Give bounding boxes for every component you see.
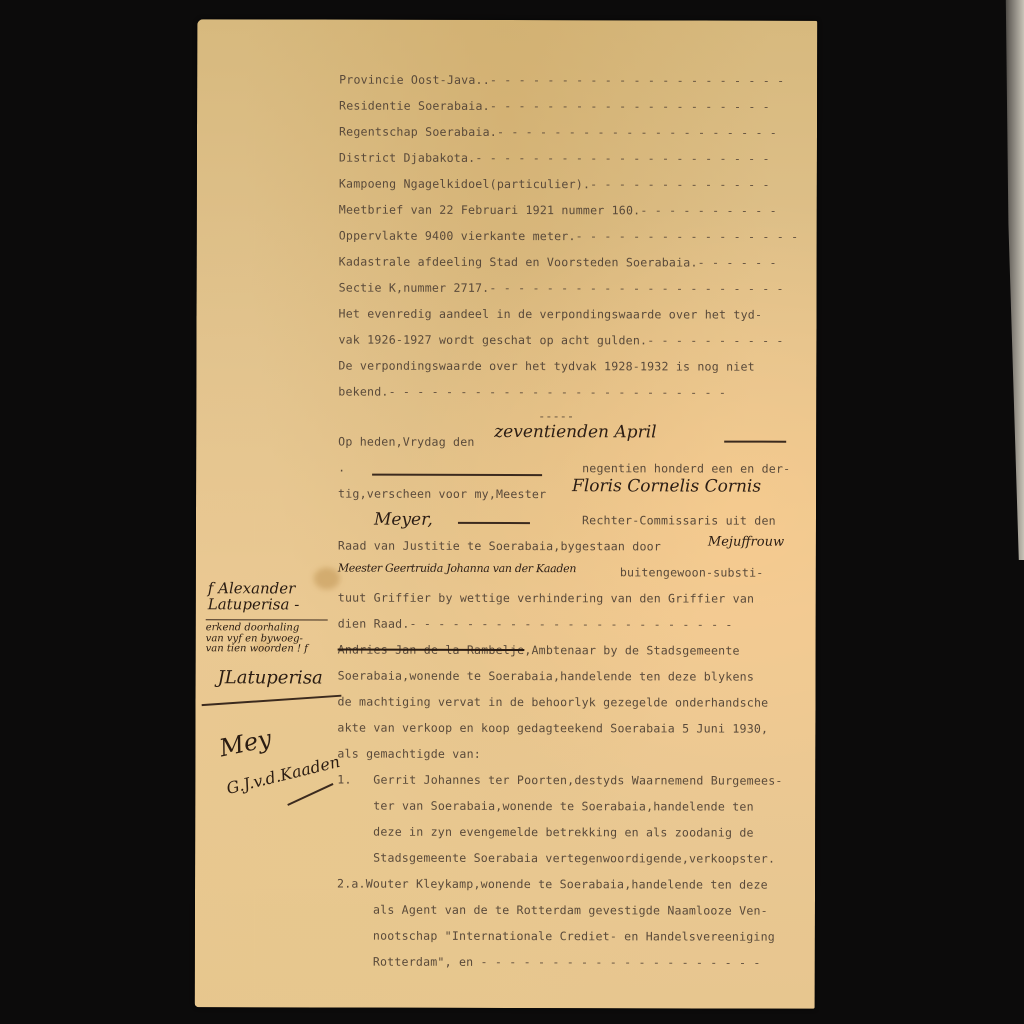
body-line: negentien honderd een en der- bbox=[582, 460, 790, 477]
margin-rule bbox=[206, 619, 328, 620]
signature: Mey bbox=[217, 726, 273, 761]
body-line: tig,verscheen voor my,Meester bbox=[338, 486, 546, 503]
fill-rule bbox=[372, 474, 542, 476]
body-line: Soerabaia,wonende te Soerabaia,handelend… bbox=[338, 668, 754, 685]
fill-rule bbox=[724, 441, 786, 443]
item-number: 2.a. bbox=[337, 877, 366, 891]
signature: JLatuperisa bbox=[218, 669, 323, 688]
body-line: de machtiging vervat in de behoorlyk gez… bbox=[337, 694, 768, 711]
signature-flourish bbox=[287, 783, 333, 805]
body-line: . bbox=[338, 460, 345, 476]
fill-rule bbox=[458, 522, 530, 524]
handwritten-name: Floris Cornelis Cornis bbox=[572, 476, 761, 496]
header-line: De verpondingswaarde over het tydvak 192… bbox=[338, 358, 754, 375]
handwritten-name: Meyer, bbox=[374, 510, 433, 530]
margin-note: erkend doorhaling van vyf en bywoeg- van… bbox=[206, 623, 308, 655]
handwritten-date: zeventienden April bbox=[494, 422, 656, 442]
signature: G.J.v.d.Kaaden bbox=[225, 754, 342, 798]
body-line: Raad van Justitie te Soerabaia,bygestaan… bbox=[338, 538, 661, 555]
item-line: Stadsgemeente Soerabaia vertegenwoordige… bbox=[373, 850, 775, 867]
handwritten-name: Meester Geertruida Johanna van der Kaade… bbox=[338, 562, 576, 576]
item-line: Rotterdam", en - - - - - - - - - - - - -… bbox=[373, 954, 761, 971]
header-line: Oppervlakte 9400 vierkante meter.- - - -… bbox=[339, 228, 799, 245]
margin-name: f Alexander Latuperisa - bbox=[208, 581, 300, 613]
body-line: Andries Jan de la Rambelje,Ambtenaar by … bbox=[338, 642, 740, 659]
header-line: Kadastrale afdeeling Stad en Voorsteden … bbox=[339, 254, 777, 271]
document-page: Provincie Oost-Java..- - - - - - - - - -… bbox=[195, 19, 818, 1009]
header-line: Kampoeng Ngagelkidoel(particulier).- - -… bbox=[339, 176, 770, 193]
header-line: bekend.- - - - - - - - - - - - - - - - -… bbox=[338, 384, 726, 401]
item-line: deze in zyn evengemelde betrekking en al… bbox=[373, 824, 754, 841]
header-line: Meetbrief van 22 Februari 1921 nummer 16… bbox=[339, 202, 777, 219]
paper-stain bbox=[314, 567, 340, 589]
item-number: 1. bbox=[337, 772, 351, 788]
background-edge bbox=[998, 0, 1024, 560]
struck-name: Andries Jan de la Rambelje bbox=[338, 643, 525, 657]
body-line: Op heden,Vrydag den bbox=[338, 434, 474, 450]
handwritten-title: Mejuffrouw bbox=[708, 535, 784, 550]
body-line: buitengewoon-substi- bbox=[620, 564, 764, 580]
header-line: Het evenredig aandeel in de verpondingsw… bbox=[339, 306, 763, 323]
body-line: dien Raad.- - - - - - - - - - - - - - - … bbox=[338, 616, 733, 633]
item-line: 2.a.Wouter Kleykamp,wonende te Soerabaia… bbox=[337, 876, 768, 893]
signature-flourish bbox=[202, 695, 342, 706]
item-line: Gerrit Johannes ter Poorten,destyds Waar… bbox=[373, 772, 782, 789]
header-line: Provincie Oost-Java..- - - - - - - - - -… bbox=[339, 72, 784, 89]
header-line: District Djabakota.- - - - - - - - - - -… bbox=[339, 150, 770, 167]
header-line: Regentschap Soerabaia.- - - - - - - - - … bbox=[339, 124, 777, 141]
body-line: tuut Griffier by wettige verhindering va… bbox=[338, 590, 754, 607]
header-line: Residentie Soerabaia.- - - - - - - - - -… bbox=[339, 98, 770, 115]
typed-text-block: Provincie Oost-Java..- - - - - - - - - -… bbox=[339, 72, 809, 73]
item-line: als Agent van de te Rotterdam gevestigde… bbox=[373, 902, 768, 919]
item-line: ter van Soerabaia,wonende te Soerabaia,h… bbox=[373, 798, 754, 815]
header-line: Sectie K,nummer 2717.- - - - - - - - - -… bbox=[339, 280, 784, 297]
item-line: nootschap "Internationale Crediet- en Ha… bbox=[373, 928, 775, 945]
body-line: akte van verkoop en koop gedagteekend So… bbox=[337, 720, 768, 737]
body-line: als gemachtigde van: bbox=[337, 746, 481, 762]
body-line: Rechter-Commissaris uit den bbox=[582, 512, 776, 529]
header-line: vak 1926-1927 wordt geschat op acht guld… bbox=[338, 332, 783, 349]
